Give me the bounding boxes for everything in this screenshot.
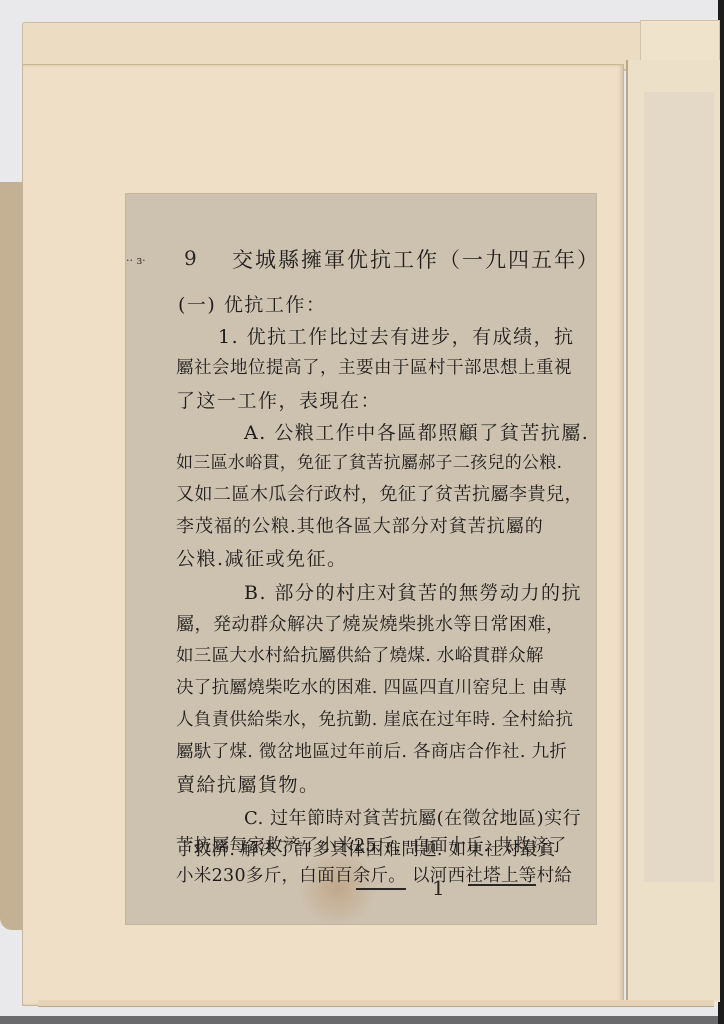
archival-document-sheet: ·· ɜ· 9 交城縣擁軍优抗工作（一九四五年） (一) 优抗工作： 1. 优抗… <box>126 194 596 924</box>
document-title: 交城縣擁軍优抗工作（一九四五年） <box>232 244 600 274</box>
page-number: 1 <box>432 876 445 900</box>
mounting-page-edge <box>38 1000 714 1007</box>
text-line: 屬，発动群众解决了燒炭燒柴挑水等日常困难， <box>176 610 565 636</box>
folio-rule-right <box>468 884 536 886</box>
item-number: 9 <box>184 246 197 270</box>
text-line: 如三區水峪貫，免征了貧苦抗屬郝子二孩兒的公粮. <box>176 448 562 473</box>
text-line: C. 过年節時对貧苦抗屬(在徵岔地區)实行 <box>244 804 581 830</box>
text-line: 屬社会地位提高了，主要由于區村干部思想上重視 <box>176 354 572 379</box>
scan-background-bottom <box>0 1016 724 1024</box>
text-line: 公粮.减征或免征。 <box>176 544 348 571</box>
text-line: 屬馱了煤. 徵岔地區过年前后. 各商店合作社. 九折 <box>176 738 567 763</box>
folio-rule-left <box>356 888 406 890</box>
text-line: 1. 优抗工作比过去有进步，有成绩，抗 <box>218 322 575 349</box>
text-line: 苦抗屬每家救济了小米25斤，白面十斤. 共救济了 <box>176 832 567 857</box>
folder-right-leaf-mount <box>644 92 714 882</box>
margin-mark: ·· ɜ· <box>126 254 146 267</box>
text-line: 賣給抗屬貨物。 <box>176 770 320 797</box>
text-line: 李茂福的公粮.其他各區大部分对貧苦抗屬的 <box>176 512 544 538</box>
folder-top-flap-right <box>640 20 720 64</box>
text-line: B. 部分的村庄对貧苦的無勞动力的抗 <box>244 578 582 605</box>
text-line: 如三區大水村給抗屬供給了燒煤. 水峪貫群众解 <box>176 642 544 667</box>
document-text: ·· ɜ· 9 交城縣擁軍优抗工作（一九四五年） (一) 优抗工作： 1. 优抗… <box>126 194 596 924</box>
text-line: 决了抗屬燒柴吃水的困难. 四區四直川窑兒上 由專 <box>176 674 567 699</box>
text-line: 人負責供給柴水，免抗勤. 崖底在过年時. 全村給抗 <box>176 706 573 731</box>
text-line: A. 公粮工作中各區都照顧了貧苦抗屬. <box>244 418 589 445</box>
section-heading: (一) 优抗工作： <box>178 290 326 317</box>
text-line: 了这一工作，表現在： <box>176 386 381 413</box>
page-folio: 1 <box>356 876 576 900</box>
text-line: 又如二區木瓜会行政村，免征了贫苦抗屬李貴兒， <box>176 480 583 506</box>
